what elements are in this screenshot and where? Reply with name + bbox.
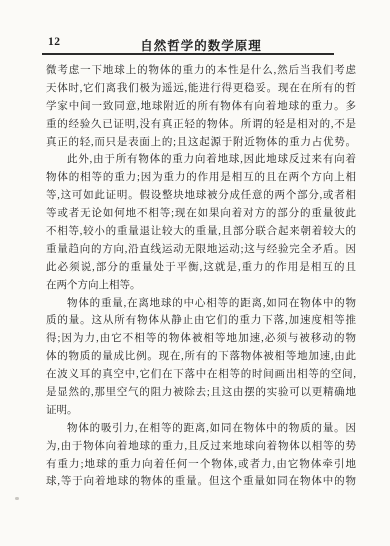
text-line: 质的量。这从所有物体从静止由它们的重力下落,加速度相等推 [46,312,356,330]
text-line: 重量趋向的方向,沿直线运动无限地运动;这与经验完全矛盾。因 [46,241,356,259]
text-line: 等,这可如此证明。假设整块地球被分成任意的两个部分,或者相 [46,187,356,205]
text-line: 物体的吸引力,在相等的距离,如同在物体中的物质的量。因 [46,420,356,438]
text-line: 物体的重量,在离地球的中心相等的距离,如同在物体中的物 [46,295,356,313]
text-line: 在两个方向上相等。 [46,277,356,295]
text-line: 此必须说,部分的重量处于平衡,这就是,重力的作用是相互的且 [46,259,356,277]
text-line: 物体的相等的重力;因为重力的作用是相互的且在两个方向上相 [46,169,356,187]
text-line: 学家中间一致同意,地球附近的所有物体有向着地球的重力。多 [46,98,356,116]
text-line: 在波义耳的真空中,它们在下落中在相等的时间画出相等的空间, [46,366,356,384]
text-line: 体的物质的量成比例。现在,所有的下落物体被相等地加速,由此 [46,348,356,366]
text-line: 真正的轻,而只是表面上的;且这起源于附近物体的重力占优势。 [46,134,356,152]
text-line: 是显然的,那里空气的阻力被除去;且这由摆的实验可以更精确地 [46,384,356,402]
text-line: 球,等于向着地球的物体的重量。但这个重量如同在物体中的物 [46,473,356,491]
text-line: 为,由于物体向着地球的重力,且反过来地球向着物体以相等的势 [46,438,356,456]
text-line: 此外,由于所有物体的重力向着地球,因此地球反过来有向着 [46,151,356,169]
text-line: 天体时,它们离我们极为遥远,能进行得更稳妥。现在在所有的哲 [46,80,356,98]
header-rule [42,53,334,55]
page-body: 微考虑一下地球上的物体的重力的本性是什么,然后当我们考虑 天体时,它们离我们极为… [46,62,356,491]
book-page: 12 自然哲学的数学原理 微考虑一下地球上的物体的重力的本性是什么,然后当我们考… [0,0,390,546]
running-title: 自然哲学的数学原理 [46,36,356,54]
text-line: 重的经验久已证明,没有真正轻的物体。所谓的轻是相对的,不是 [46,116,356,134]
text-line: 微考虑一下地球上的物体的重力的本性是什么,然后当我们考虑 [46,62,356,80]
text-line: 证明。 [46,402,356,420]
text-line: 得;因为力,由它不相等的物体被相等地加速,必须与被移动的物 [46,330,356,348]
text-line: 有重力;地球的重力向着任何一个物体,或者力,由它物体牵引地 [46,456,356,474]
text-line: 等或者无论如何地不相等;现在如果向着对方的部分的重量彼此 [46,205,356,223]
text-line: 不相等,较小的重量退让较大的重量,且部分联合起来朝着较大的 [46,223,356,241]
scan-artifact [15,497,19,500]
